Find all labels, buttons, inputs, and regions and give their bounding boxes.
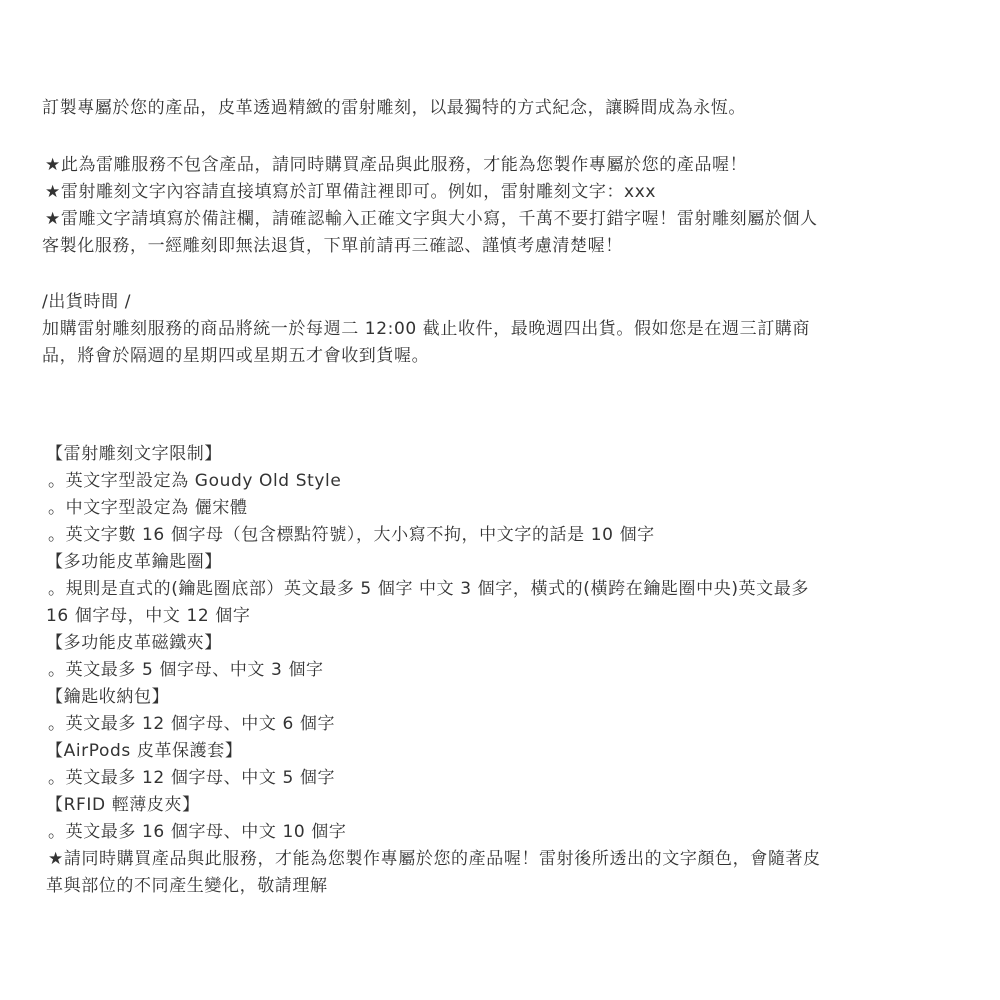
shipping-text: 加購雷射雕刻服務的商品將統一於每週二 12:00 截止收件，最晚週四出貨。假如您…	[42, 316, 810, 342]
product-rule: 。規則是直式的(鑰匙圈底部）英文最多 5 個字 中文 3 個字，橫式的(橫跨在鑰…	[48, 576, 809, 602]
product-rule-continued: 16 個字母，中文 12 個字	[46, 603, 250, 629]
footer-note: ★請同時購買產品與此服務，才能為您製作專屬於您的產品喔！雷射後所透出的文字顏色，…	[48, 846, 821, 872]
product-rule: 。英文最多 5 個字母、中文 3 個字	[48, 657, 324, 683]
limit-rule: 。中文字型設定為 儷宋體	[48, 495, 248, 521]
product-rule: 。英文最多 12 個字母、中文 6 個字	[48, 711, 335, 737]
intro-text: 訂製專屬於您的產品，皮革透過精緻的雷射雕刻，以最獨特的方式紀念，讓瞬間成為永恆。	[42, 95, 746, 121]
note-item: ★雷雕文字請填寫於備註欄，請確認輸入正確文字與大小寫，千萬不要打錯字喔！雷射雕刻…	[45, 206, 818, 232]
product-heading: 【RFID 輕薄皮夾】	[46, 792, 200, 818]
product-rule: 。英文最多 12 個字母、中文 5 個字	[48, 765, 335, 791]
limits-heading: 【雷射雕刻文字限制】	[46, 441, 222, 467]
product-rule: 。英文最多 16 個字母、中文 10 個字	[48, 819, 346, 845]
product-heading: 【鑰匙收納包】	[46, 684, 169, 710]
note-item: ★雷射雕刻文字內容請直接填寫於訂單備註裡即可。例如，雷射雕刻文字：xxx	[45, 179, 656, 205]
note-item: ★此為雷雕服務不包含產品，請同時購買產品與此服務，才能為您製作專屬於您的產品喔！	[45, 152, 747, 178]
note-item-continued: 客製化服務，一經雕刻即無法退貨，下單前請再三確認、謹慎考慮清楚喔！	[42, 233, 623, 259]
product-heading: 【多功能皮革磁鐵夾】	[46, 630, 222, 656]
shipping-text-continued: 品，將會於隔週的星期四或星期五才會收到貨喔。	[42, 343, 429, 369]
product-heading: 【AirPods 皮革保護套】	[46, 738, 242, 764]
limit-rule: 。英文字數 16 個字母（包含標點符號），大小寫不拘，中文字的話是 10 個字	[48, 522, 655, 548]
footer-note-continued: 革與部位的不同產生變化，敬請理解	[46, 873, 328, 899]
limit-rule: 。英文字型設定為 Goudy Old Style	[48, 468, 341, 494]
product-heading: 【多功能皮革鑰匙圈】	[46, 549, 222, 575]
shipping-heading: /出貨時間 /	[42, 289, 131, 315]
